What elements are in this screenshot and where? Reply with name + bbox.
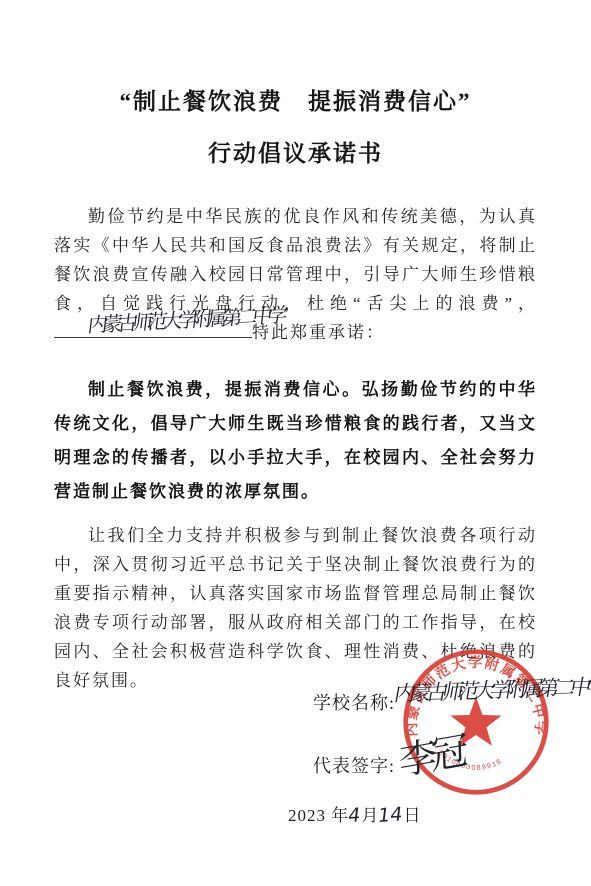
representative-signature-row: 代表签字: — [313, 752, 395, 778]
paragraph-intro: 勤俭节约是中华民族的优良作风和传统美德，为认真落实《中华人民共和国反食品浪费法》… — [54, 202, 537, 347]
handwritten-date-day: 14 — [378, 803, 404, 827]
date-day-unit: 日 — [404, 806, 422, 825]
handwritten-signature: 李冠 — [398, 719, 463, 786]
date-year-text: 2023 年 — [288, 806, 349, 825]
date-line: 2023 年4月14日 — [288, 801, 422, 827]
handwritten-school-name: 内蒙古师范大学附属第二中学 — [392, 671, 591, 708]
handwritten-date-month: 4 — [348, 804, 362, 827]
document-title-line1: “制止餐饮浪费 提振消费信心” — [0, 76, 591, 128]
document-title: “制止餐饮浪费 提振消费信心” 行动倡议承诺书 — [0, 0, 591, 180]
commitment-letter-document: “制止餐饮浪费 提振消费信心” 行动倡议承诺书 勤俭节约是中华民族的优良作风和传… — [0, 0, 591, 886]
date-month-unit: 月 — [361, 806, 379, 825]
document-title-line2: 行动倡议承诺书 — [0, 128, 591, 180]
representative-signature-label: 代表签字: — [313, 756, 395, 776]
paragraph-intro-text: 勤俭节约是中华民族的优良作风和传统美德，为认真落实《中华人民共和国反食品浪费法》… — [54, 207, 537, 313]
school-name-label: 学校名称: — [313, 693, 395, 713]
paragraph-pledge-bold: 制止餐饮浪费，提振消费信心。弘扬勤俭节约的中华传统文化，倡导广大师生既当珍惜粮食… — [54, 373, 537, 509]
document-body: 勤俭节约是中华民族的优良作风和传统美德，为认真落实《中华人民共和国反食品浪费法》… — [54, 202, 537, 695]
school-name-row: 学校名称: — [313, 689, 395, 715]
school-name-blank-line: 内蒙古师范大学附属第二中学 — [54, 320, 252, 338]
